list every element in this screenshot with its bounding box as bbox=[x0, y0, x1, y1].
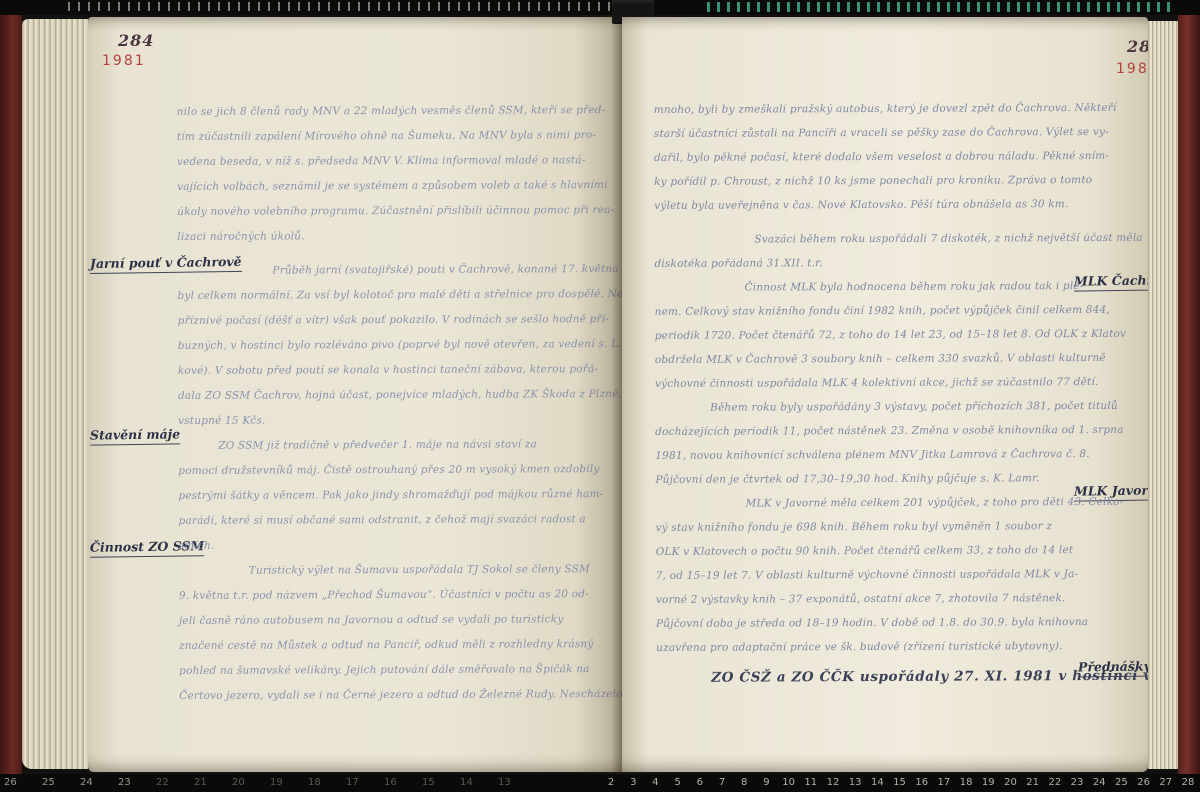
bottom-ruler-numbers-right: 2345678910111213141516171819202122232425… bbox=[600, 777, 1199, 788]
open-chronicle-book: 284 1981 Jarní pouť v Čachrově Stavění m… bbox=[0, 15, 1200, 774]
ruler-number: 4 bbox=[644, 777, 666, 788]
book-cover-left-edge bbox=[0, 15, 22, 774]
handwritten-line: výchovné činnosti uspořádala MLK 4 kolek… bbox=[655, 370, 1087, 396]
ruler-number: 22 bbox=[156, 777, 194, 788]
handwritten-line: 7, od 15–19 let 7. V oblasti kulturně vý… bbox=[656, 562, 1088, 588]
ruler-number: 13 bbox=[498, 777, 536, 788]
ruler-number: 17 bbox=[346, 777, 384, 788]
stacked-page-edges-left bbox=[22, 19, 88, 769]
left-page: 284 1981 Jarní pouť v Čachrově Stavění m… bbox=[88, 17, 622, 772]
ruler-number: 12 bbox=[822, 777, 844, 788]
ruler-number: 16 bbox=[384, 777, 422, 788]
ruler-number: 23 bbox=[118, 777, 156, 788]
handwritten-line: Během roku byly uspořádány 3 výstavy, po… bbox=[655, 394, 1087, 420]
year-stamp-left: 1981 bbox=[102, 53, 146, 69]
handwritten-line: pohled na šumavské velikány. Jejich puto… bbox=[179, 657, 611, 684]
handwritten-line: značené cestě na Můstek a odtud na Pancí… bbox=[179, 632, 611, 659]
bottom-ruler-numbers-left: 2625242322212019181716151413 bbox=[4, 777, 536, 788]
handwritten-line: MLK v Javorné měla celkem 201 výpůjček, … bbox=[655, 490, 1087, 516]
ruler-number: 15 bbox=[422, 777, 460, 788]
ruler-number: 20 bbox=[232, 777, 270, 788]
handwritten-paragraph: ZO SSM již tradičně v předvečer 1. máje … bbox=[178, 432, 611, 559]
handwritten-line: nem. Celkový stav knižního fondu činí 19… bbox=[655, 298, 1087, 324]
ruler-number: 13 bbox=[844, 777, 866, 788]
ruler-number: 3 bbox=[622, 777, 644, 788]
ruler-number: 8 bbox=[733, 777, 755, 788]
ruler-number: 23 bbox=[1066, 777, 1088, 788]
handwriting-left-page: nilo se jich 8 členů rady MNV a 22 mladý… bbox=[177, 98, 612, 709]
handwritten-paragraph: Průběh jarní (svatojiřské) pouti v Čachr… bbox=[177, 257, 610, 434]
right-page: 285 1981 MLK Čachrov MLK Javorná Přednáš… bbox=[622, 17, 1148, 772]
handwritten-line: vedena beseda, v níž s. předseda MNV V. … bbox=[177, 148, 609, 175]
ruler-number: 21 bbox=[1022, 777, 1044, 788]
handwritten-line: výletu byla uveřejněna v čas. Nové Klato… bbox=[654, 192, 1086, 218]
top-ruler-ticks-green bbox=[700, 2, 1170, 12]
handwritten-paragraph: ZO ČSŽ a ZO ČČK uspořádaly 27. XI. 1981 … bbox=[656, 662, 1088, 692]
handwritten-line: úkoly nového volebního programu. Zúčastn… bbox=[177, 198, 609, 225]
handwritten-line: dařil, bylo pěkné počasí, které dodalo v… bbox=[654, 144, 1086, 170]
handwritten-line: dala ZO SSM Čachrov, hojná účast, ponejv… bbox=[178, 382, 610, 409]
margin-heading-staveni-maje: Stavění máje bbox=[90, 426, 180, 445]
handwritten-paragraph: Svazáci během roku uspořádali 7 diskoték… bbox=[654, 226, 1086, 276]
handwritten-line: Činnost MLK byla hodnocena během roku ja… bbox=[654, 274, 1086, 300]
ruler-number: 9 bbox=[755, 777, 777, 788]
handwritten-line: ky pořídil p. Chroust, z nichž 10 ks jsm… bbox=[654, 168, 1086, 194]
handwritten-line: byl celkem normální. Za vsí byl kolotoč … bbox=[177, 282, 609, 309]
scanned-chronicle-photo: 284 1981 Jarní pouť v Čachrově Stavění m… bbox=[0, 0, 1200, 792]
handwritten-paragraph: mnoho, byli by zmeškali pražský autobus,… bbox=[654, 96, 1087, 218]
handwritten-line: vajících volbách, seznámil je se systéme… bbox=[177, 173, 609, 200]
handwriting-right-page: mnoho, byli by zmeškali pražský autobus,… bbox=[654, 96, 1089, 692]
ruler-number: 24 bbox=[80, 777, 118, 788]
ruler-number: 10 bbox=[778, 777, 800, 788]
ruler-number: 20 bbox=[999, 777, 1021, 788]
handwritten-line: Čertovo jezero, vydali se i na Černé jez… bbox=[179, 682, 611, 709]
handwritten-line: 9. května t.r. pod názvem „Přechod Šumav… bbox=[179, 582, 611, 609]
handwritten-line: pestrými šátky a věncem. Pak jako jindy … bbox=[178, 482, 610, 509]
handwritten-line: kové). V sobotu před poutí se konala v h… bbox=[178, 357, 610, 384]
handwritten-line: diskotéka pořádaná 31.XII. t.r. bbox=[654, 250, 1086, 276]
handwritten-line: OLK v Klatovech o počtu 90 knih. Počet č… bbox=[656, 538, 1088, 564]
handwritten-line: Půjčovní den je čtvrtek od 17,30–19,30 h… bbox=[655, 466, 1087, 492]
handwritten-line: vstupné 15 Kčs. bbox=[178, 407, 610, 434]
handwritten-line: ZO SSM již tradičně v předvečer 1. máje … bbox=[178, 432, 610, 459]
handwritten-line: starší účastníci zůstali na Pancíři a vr… bbox=[654, 120, 1086, 146]
ruler-number: 22 bbox=[1044, 777, 1066, 788]
handwritten-line: vorné 2 výstavky knih – 37 exponátů, ost… bbox=[656, 586, 1088, 612]
ruler-number: 18 bbox=[955, 777, 977, 788]
handwritten-line: periodik 1720. Počet čtenářů 72, z toho … bbox=[655, 322, 1087, 348]
ruler-number: 16 bbox=[911, 777, 933, 788]
stacked-page-edges-right bbox=[1148, 21, 1178, 769]
handwritten-line: buzných, v hostinci bylo rozléváno pivo … bbox=[178, 332, 610, 359]
handwritten-line: uzavřena pro adaptační práce ve šk. budo… bbox=[656, 634, 1088, 660]
ruler-number: 26 bbox=[4, 777, 42, 788]
ruler-number: 26 bbox=[1133, 777, 1155, 788]
ruler-number: 28 bbox=[1177, 777, 1199, 788]
ruler-number: 18 bbox=[308, 777, 346, 788]
handwritten-paragraph: MLK v Javorné měla celkem 201 výpůjček, … bbox=[655, 490, 1088, 660]
ruler-number: 15 bbox=[888, 777, 910, 788]
handwritten-line: tím zúčastnili zapálení Mírového ohně na… bbox=[177, 123, 609, 150]
ruler-number: 14 bbox=[460, 777, 498, 788]
ruler-number: 7 bbox=[711, 777, 733, 788]
handwritten-line: lizaci náročných úkolů. bbox=[177, 223, 609, 250]
ruler-number: 5 bbox=[667, 777, 689, 788]
ruler-number: 14 bbox=[866, 777, 888, 788]
ruler-number: 19 bbox=[977, 777, 999, 788]
page-number-left: 284 bbox=[118, 31, 154, 50]
ruler-number: 11 bbox=[800, 777, 822, 788]
handwritten-line: parádí, které si musí občané sami odstra… bbox=[178, 507, 610, 534]
handwritten-line: 1981, novou knihovnicí schválena plénem … bbox=[655, 442, 1087, 468]
handwritten-paragraph: Během roku byly uspořádány 3 výstavy, po… bbox=[655, 394, 1087, 492]
ruler-number: 25 bbox=[42, 777, 80, 788]
ruler-number: 27 bbox=[1155, 777, 1177, 788]
handwritten-line: docházejících periodik 11, počet nástěne… bbox=[655, 418, 1087, 444]
handwritten-line: vý stav knižního fondu je 698 knih. Běhe… bbox=[656, 514, 1088, 540]
book-cover-right-edge bbox=[1178, 15, 1200, 774]
handwritten-line: nilo se jich 8 členů rady MNV a 22 mladý… bbox=[177, 98, 609, 125]
handwritten-line: Turistický výlet na Šumavu uspořádala TJ… bbox=[179, 557, 611, 584]
handwritten-line: Svazáci během roku uspořádali 7 diskoték… bbox=[654, 226, 1086, 252]
handwritten-line: jeli časně ráno autobusem na Javornou a … bbox=[179, 607, 611, 634]
ruler-number: 6 bbox=[689, 777, 711, 788]
handwritten-line: obdržela MLK v Čachrově 3 soubory knih –… bbox=[655, 346, 1087, 372]
ruler-number: 19 bbox=[270, 777, 308, 788]
bottom-ruler: 2625242322212019181716151413 23456789101… bbox=[0, 774, 1200, 792]
ruler-number: 25 bbox=[1110, 777, 1132, 788]
ruler-number: 17 bbox=[933, 777, 955, 788]
ruler-number: 2 bbox=[600, 777, 622, 788]
handwritten-line: příznivé počasí (déšť a vítr) však pouť … bbox=[178, 307, 610, 334]
handwritten-line: mnoho, byli by zmeškali pražský autobus,… bbox=[654, 96, 1086, 122]
handwritten-line: ZO ČSŽ a ZO ČČK uspořádaly 27. XI. 1981 … bbox=[656, 662, 1088, 692]
top-ruler bbox=[0, 0, 1200, 15]
handwritten-line: Půjčovní doba je středa od 18–19 hodin. … bbox=[656, 610, 1088, 636]
handwritten-paragraph: Turistický výlet na Šumavu uspořádala TJ… bbox=[179, 557, 612, 709]
handwritten-line: Průběh jarní (svatojiřské) pouti v Čachr… bbox=[177, 257, 609, 284]
top-ruler-ticks-white bbox=[60, 2, 620, 11]
handwritten-line: smích. bbox=[179, 532, 611, 559]
handwritten-paragraph: Činnost MLK byla hodnocena během roku ja… bbox=[654, 274, 1087, 396]
ruler-number: 21 bbox=[194, 777, 232, 788]
ruler-number: 24 bbox=[1088, 777, 1110, 788]
handwritten-paragraph: nilo se jich 8 členů rady MNV a 22 mladý… bbox=[177, 98, 610, 250]
handwritten-line: pomoci družstevníků máj. Čistě ostrouhan… bbox=[178, 457, 610, 484]
